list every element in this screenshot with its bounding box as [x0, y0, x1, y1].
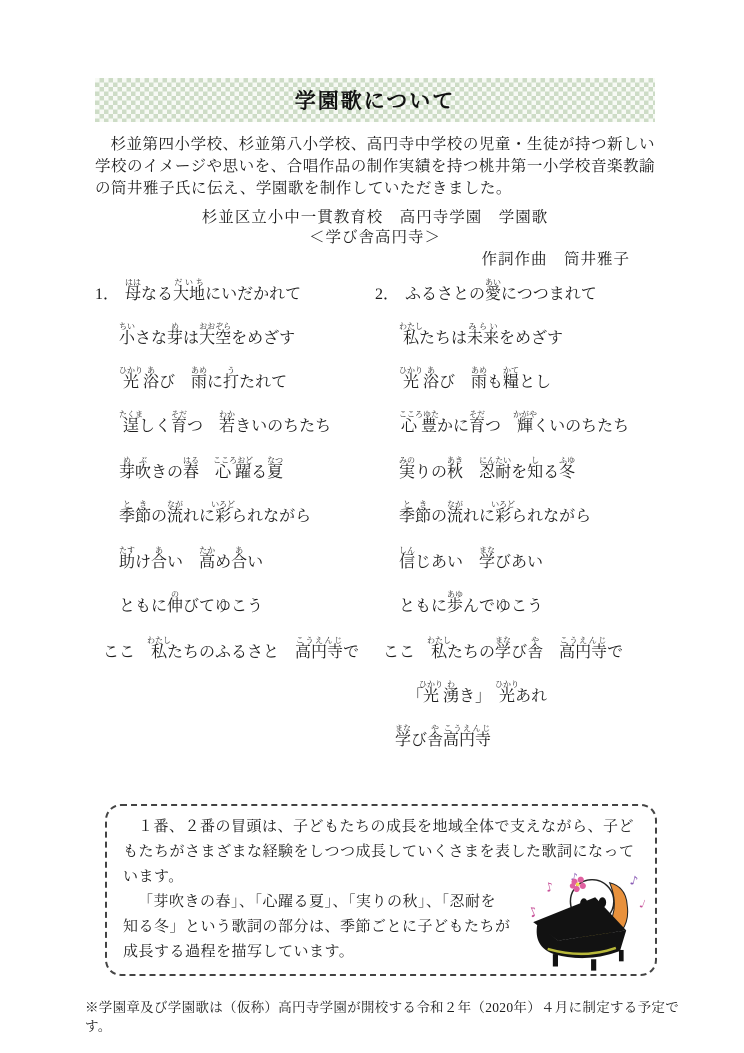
footnote: ※学園章及び学園歌は（仮称）高円寺学園が開校する令和２年（2020年）４月に制定…	[85, 998, 684, 1036]
svg-text:♩: ♩	[638, 896, 648, 911]
verse-number: 1．	[95, 286, 119, 303]
intro-paragraph: 杉並第四小学校、杉並第八小学校、高円寺中学校の児童・生徒が持つ新しい学校のイメー…	[95, 134, 655, 200]
lyric-line: 光ひかり浴あび 雨あめも糧かてとし	[375, 364, 700, 392]
verse-1: 1．母ははなる大地だいちにいだかれて小ちいさな芽めは大空おおぞらをめざす光ひかり…	[95, 276, 375, 680]
lyric-line: 季節ときの流ながれに彩いろどられながら	[375, 498, 700, 526]
song-title-line2: ＜学び舎高円寺＞	[95, 228, 655, 248]
lyric-line: 実みのりの秋あき 忍耐にんたいを知しる冬ふゆ	[375, 454, 700, 482]
note-paragraph-1: １番、２番の冒頭は、子どもたちの成長を地域全体で支えながら、子どもたちがさまざま…	[123, 815, 639, 890]
lyric-line: ともに伸のびてゆこう	[95, 588, 375, 616]
stanza: 芽吹めぶきの春はる 心躍こころおどる夏なつ季節ときの流ながれに彩いろどられながら	[95, 454, 375, 526]
lyric-line: ここ 私わたしたちのふるさと 高円寺こうえんじで	[95, 634, 375, 662]
lyric-line: 私わたしたちは未来みらいをめざす	[375, 320, 700, 348]
stanza: 信しんじあい 学まなびあいともに歩あゆんでゆこう	[375, 544, 700, 616]
credit-line: 作詞作曲 筒井雅子	[95, 250, 630, 270]
stanza: 2．ふるさとの愛あいにつつまれて私わたしたちは未来みらいをめざす光ひかり浴あび …	[375, 276, 700, 436]
page-title-banner: 学園歌について	[95, 78, 655, 122]
lyric-line: 逞たくましく育そだつ 若わかきいのちたち	[95, 408, 375, 436]
lyric-line: 小ちいさな芽めは大空おおぞらをめざす	[95, 320, 375, 348]
lyric-line: 季節ときの流ながれに彩いろどられながら	[95, 498, 375, 526]
document-page: 学園歌について 杉並第四小学校、杉並第八小学校、高円寺中学校の児童・生徒が持つ新…	[0, 0, 744, 1053]
stanza: 1．母ははなる大地だいちにいだかれて小ちいさな芽めは大空おおぞらをめざす光ひかり…	[95, 276, 375, 436]
lyric-line: 2．ふるさとの愛あいにつつまれて	[375, 276, 700, 304]
stanza: ここ 私わたしたちの学まなび舎や 高円寺こうえんじで「光ひかり湧わき」 光ひかり…	[375, 634, 700, 750]
lyric-line: ここ 私わたしたちの学まなび舎や 高円寺こうえんじで	[375, 634, 700, 662]
stanza: 実みのりの秋あき 忍耐にんたいを知しる冬ふゆ季節ときの流ながれに彩いろどられなが…	[375, 454, 700, 526]
lyric-line: 助たすけ合あい 高たかめ合あい	[95, 544, 375, 572]
lyric-line: 1．母ははなる大地だいちにいだかれて	[95, 276, 375, 304]
verse-2: 2．ふるさとの愛あいにつつまれて私わたしたちは未来みらいをめざす光ひかり浴あび …	[375, 276, 700, 768]
note-paragraph-2: 「芽吹きの春」、「心躍る夏」、「実りの秋」、「忍耐を知る冬」という歌詞の部分は、…	[123, 890, 639, 965]
page-title: 学園歌について	[295, 85, 456, 115]
lyric-line: 「光ひかり湧わき」 光ひかりあれ	[375, 678, 700, 706]
lyric-line: 光ひかり浴あび 雨あめに打うたれて	[95, 364, 375, 392]
lyric-line: ともに歩あゆんでゆこう	[375, 588, 700, 616]
lyric-line: 信しんじあい 学まなびあい	[375, 544, 700, 572]
song-title: 杉並区立小中一貫教育校 高円寺学園 学園歌 ＜学び舎高円寺＞	[95, 208, 655, 248]
verse-number: 2．	[375, 286, 399, 303]
lyric-line: 学まなび舎や高円寺こうえんじ	[375, 722, 700, 750]
song-title-line1: 杉並区立小中一貫教育校 高円寺学園 学園歌	[95, 208, 655, 228]
lyric-line: 心豊こころゆたかに育そだつ 輝かがやくいのちたち	[375, 408, 700, 436]
note-box: １番、２番の冒頭は、子どもたちの成長を地域全体で支えながら、子どもたちがさまざま…	[105, 804, 657, 976]
stanza: ここ 私わたしたちのふるさと 高円寺こうえんじで	[95, 634, 375, 662]
lyrics-section: 1．母ははなる大地だいちにいだかれて小ちいさな芽めは大空おおぞらをめざす光ひかり…	[95, 276, 744, 768]
lyric-line: 芽吹めぶきの春はる 心躍こころおどる夏なつ	[95, 454, 375, 482]
stanza: 助たすけ合あい 高たかめ合あいともに伸のびてゆこう	[95, 544, 375, 616]
